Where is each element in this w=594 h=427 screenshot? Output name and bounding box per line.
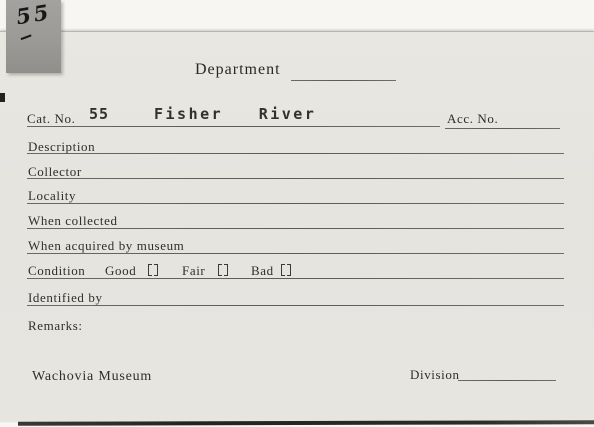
scan-edge-notch: [0, 93, 5, 102]
field-line-when-acquired: [27, 253, 564, 254]
cat-no-label: Cat. No.: [27, 111, 76, 127]
handwritten-tab-number: 55: [14, 0, 64, 54]
division-blank-line: [458, 380, 556, 381]
field-label-when-acquired: When acquired by museum: [28, 238, 184, 254]
museum-name: Wachovia Museum: [32, 369, 152, 385]
cat-no-line: [27, 126, 440, 127]
acc-no-line: [445, 128, 560, 129]
field-line-locality: [27, 203, 564, 204]
scan-bottom-edge: [18, 420, 594, 426]
acc-no-label: Acc. No.: [447, 111, 498, 127]
condition-line: [27, 278, 564, 279]
field-line-description: [27, 153, 564, 154]
field-label-locality: Locality: [28, 188, 76, 204]
department-blank-line: [291, 80, 396, 81]
department-label: Department: [195, 61, 281, 79]
identified-by-label: Identified by: [28, 290, 103, 306]
identified-by-line: [27, 305, 564, 306]
cat-no-value: 55: [89, 105, 109, 123]
remarks-label: Remarks:: [28, 318, 83, 334]
condition-option-bad-label: Bad: [251, 263, 274, 279]
condition-option-good-label: Good: [105, 263, 136, 279]
condition-label: Condition: [28, 263, 85, 279]
checkbox-icon-good: [148, 264, 158, 276]
division-label: Division: [410, 367, 460, 383]
field-label-when-collected: When collected: [28, 213, 118, 229]
catalog-card-scan: 55 Department Cat. No. 55 Fisher River A…: [0, 0, 594, 427]
field-line-when-collected: [27, 228, 564, 229]
index-tab: 55: [6, 0, 61, 73]
checkbox-icon-fair: [218, 264, 228, 276]
specimen-name-value: Fisher River: [154, 105, 316, 123]
checkbox-icon-bad: [281, 264, 291, 276]
condition-option-fair-label: Fair: [182, 263, 205, 279]
field-line-collector: [27, 178, 564, 179]
